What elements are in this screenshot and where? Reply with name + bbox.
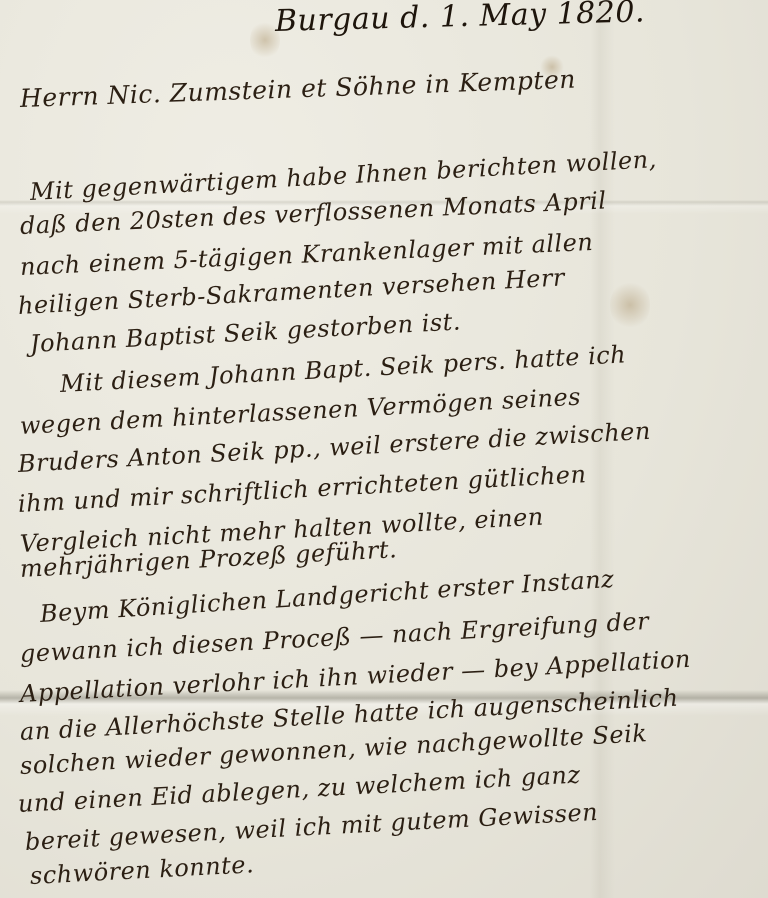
ink-stain: [610, 280, 650, 330]
addressee-line: Herrn Nic. Zumstein et Söhne in Kempten: [19, 65, 576, 113]
body-line: schwören konnte.: [29, 850, 255, 890]
letter-page: Burgau d. 1. May 1820. Herrn Nic. Zumste…: [0, 0, 768, 898]
date-line: Burgau d. 1. May 1820.: [275, 0, 646, 39]
